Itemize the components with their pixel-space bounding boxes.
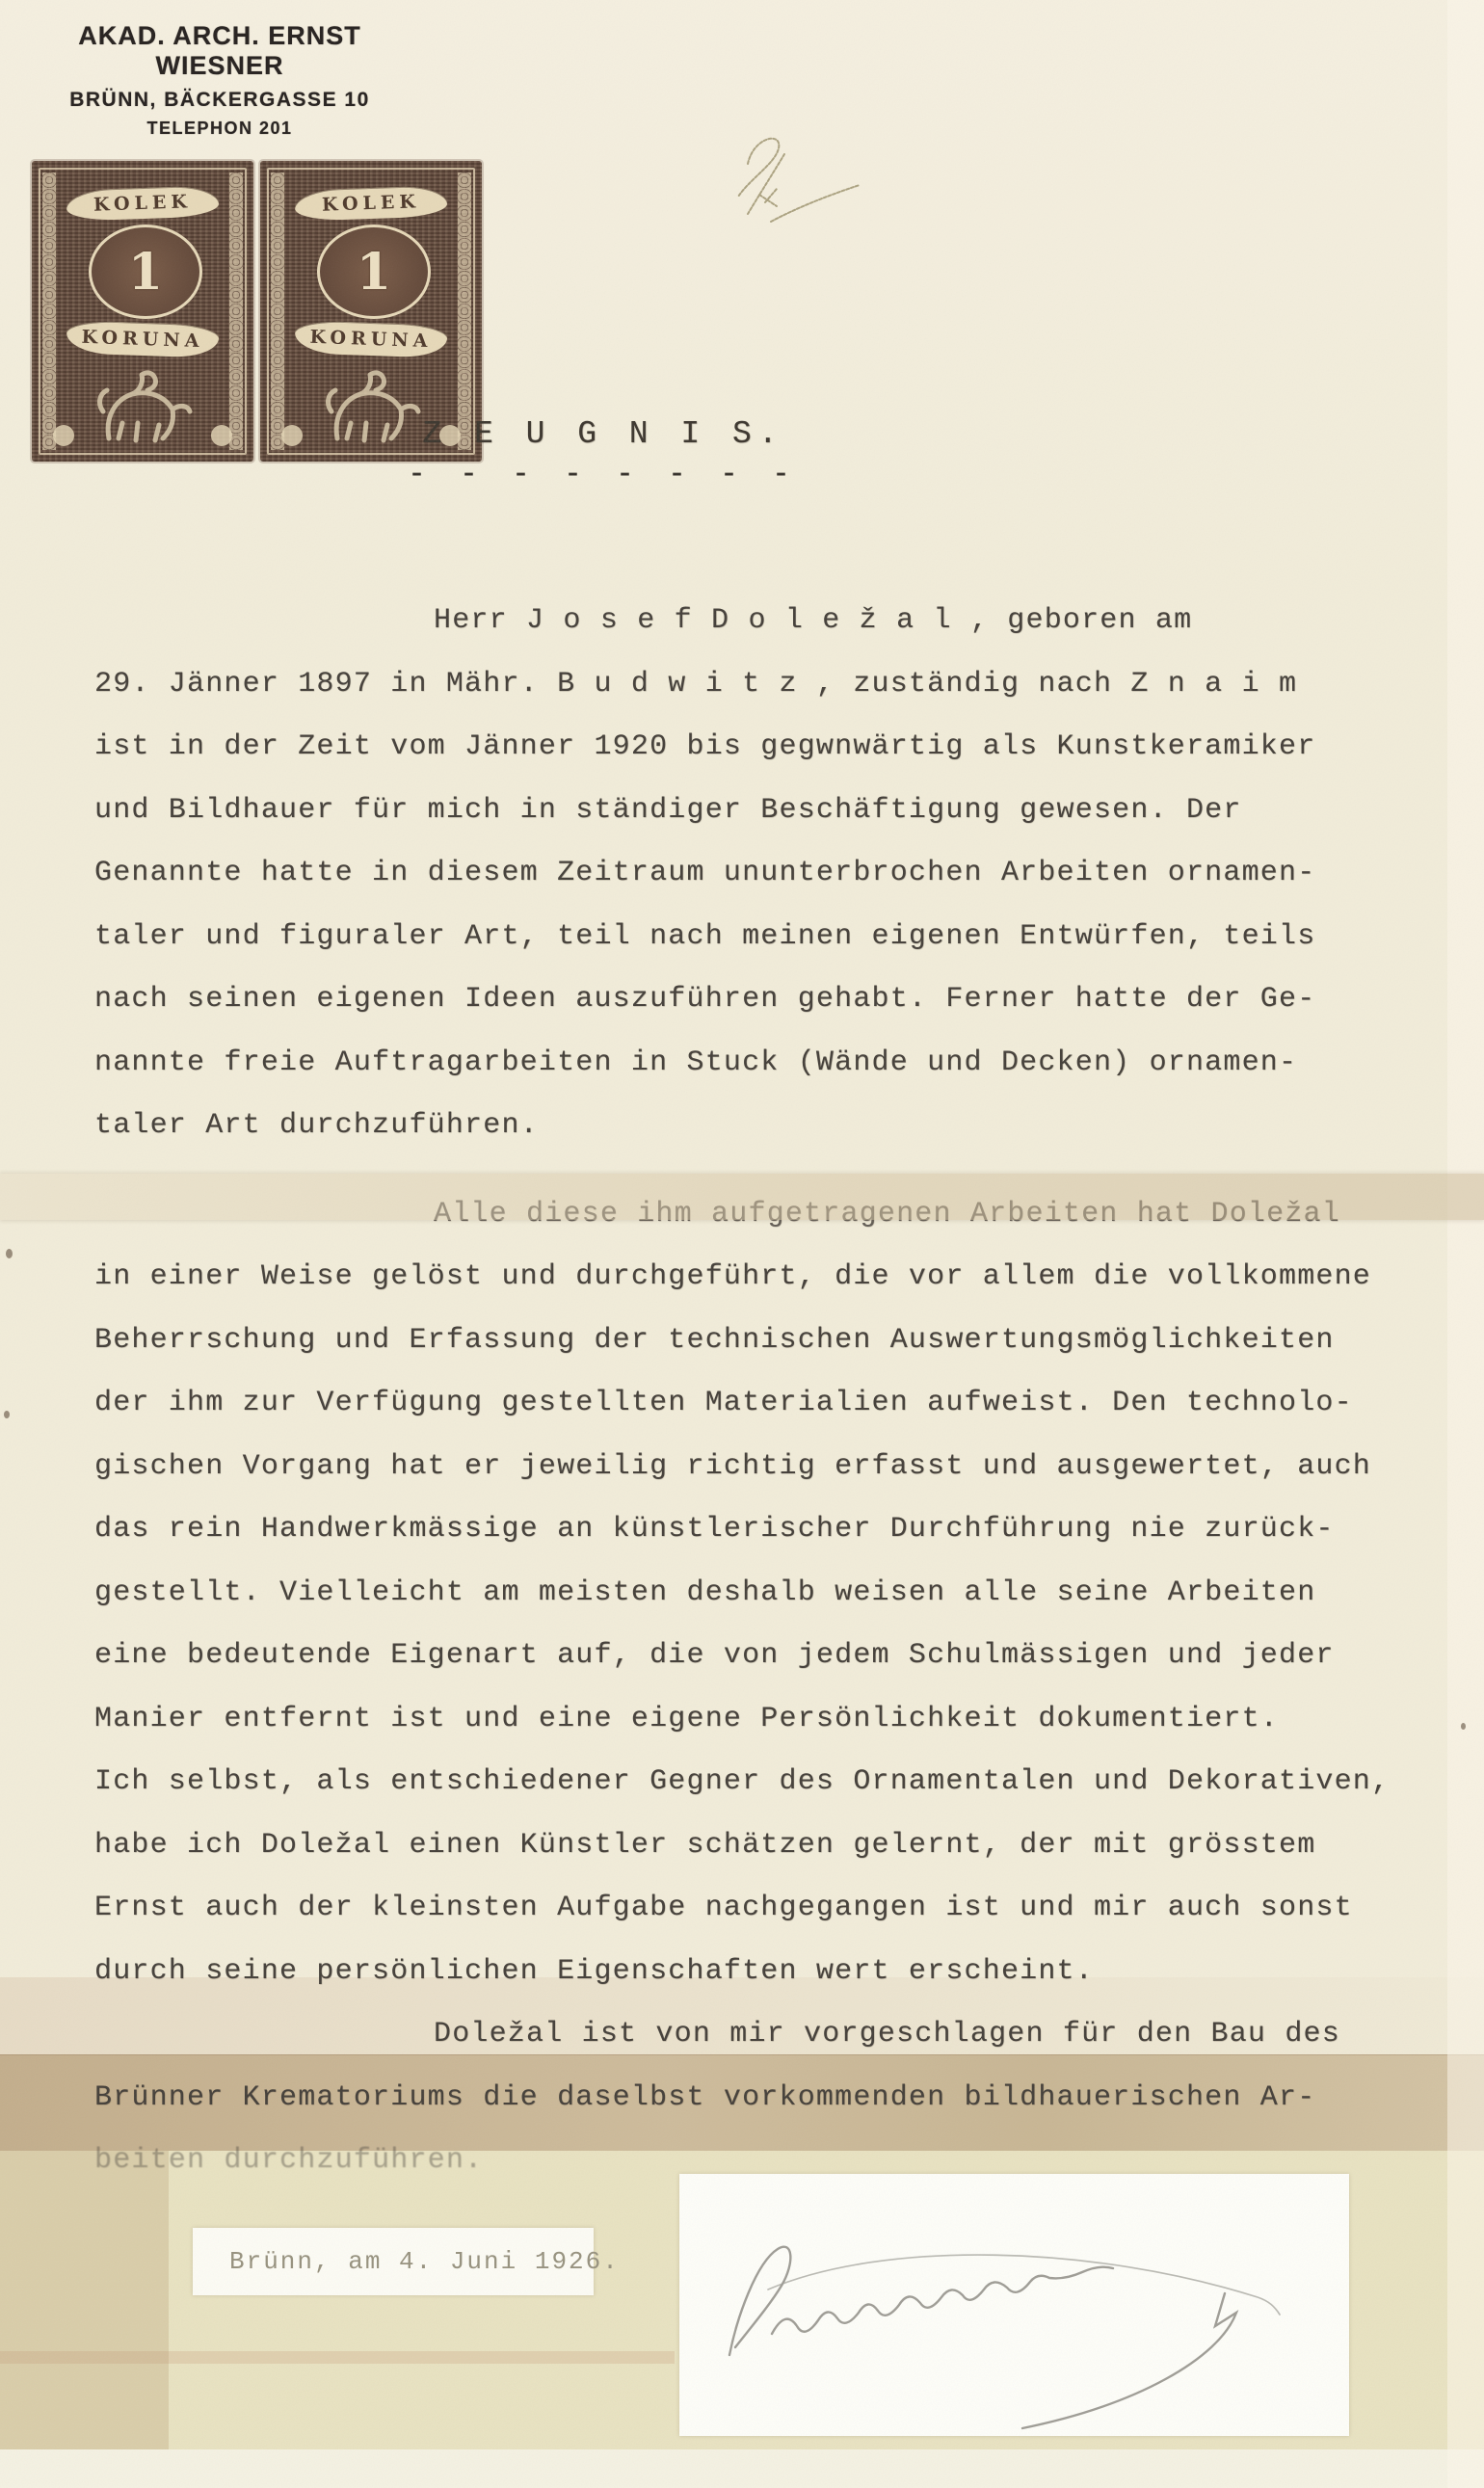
signature-slip xyxy=(679,2174,1349,2436)
stamp-ornament-left xyxy=(271,172,284,450)
handwritten-signature xyxy=(679,2174,1349,2436)
typewritten-line: nannte freie Auftragarbeiten in Stuck (W… xyxy=(94,1032,1472,1096)
typewritten-line: taler Art durchzuführen. xyxy=(94,1095,1472,1158)
stamp-ornament-left xyxy=(42,172,56,450)
stamp-ornament-right xyxy=(229,172,243,450)
date-line: Brünn, am 4. Juni 1926. xyxy=(193,2247,620,2276)
typewritten-line: gischen Vorgang hat er jeweilig richtig … xyxy=(94,1436,1472,1499)
typewritten-line: taler und figuraler Art, teil nach meine… xyxy=(94,906,1472,969)
typewritten-line: Brünner Krematoriums die daselbst vorkom… xyxy=(94,2067,1472,2131)
body-text: Herr J o s e f D o l e ž a l , geboren a… xyxy=(94,590,1472,2193)
typewritten-line: Ernst auch der kleinsten Aufgabe nachgeg… xyxy=(94,1877,1472,1941)
heading-underline: - - - - - - - - xyxy=(308,462,898,488)
typewritten-line: das rein Handwerkmässige an künstlerisch… xyxy=(94,1498,1472,1562)
typewritten-line: 29. Jänner 1897 in Mähr. B u d w i t z ,… xyxy=(94,653,1472,717)
stamp-corner-rosette xyxy=(211,425,232,446)
revenue-stamp: KOLEK 1 KORUNA xyxy=(32,161,253,462)
typewritten-line: der ihm zur Verfügung gestellten Materia… xyxy=(94,1372,1472,1436)
stamp-value-oval: 1 xyxy=(89,225,202,319)
pencil-annotation-icon xyxy=(709,118,873,248)
paper-bottom-left-stain xyxy=(0,2151,169,2488)
stamp-corner-rosette xyxy=(53,425,74,446)
date-slip: Brünn, am 4. Juni 1926. xyxy=(193,2228,594,2295)
typewritten-line: eine bedeutende Eigenart auf, die von je… xyxy=(94,1625,1472,1688)
stamp-koruna-label: KORUNA xyxy=(309,327,433,352)
typewritten-line: ist in der Zeit vom Jänner 1920 bis gegw… xyxy=(94,716,1472,780)
paper-pink-streak xyxy=(0,2351,675,2364)
page-title: Z E U G N I S. xyxy=(308,416,898,452)
typewritten-line: durch seine persönlichen Eigenschaften w… xyxy=(94,1941,1472,2004)
stamp-kolek-label: KOLEK xyxy=(322,191,421,216)
typewritten-line: Beherrschung und Erfassung der technisch… xyxy=(94,1310,1472,1373)
letterhead-telephone: TELEPHON 201 xyxy=(27,119,412,139)
typewritten-line: Genannte hatte in diesem Zeitraum ununte… xyxy=(94,842,1472,906)
scanned-document: AKAD. ARCH. ERNST WIESNER BRÜNN, BÄCKERG… xyxy=(0,0,1484,2488)
typewritten-line: Alle diese ihm aufgetragenen Arbeiten ha… xyxy=(94,1183,1472,1247)
stamp-value: 1 xyxy=(128,243,163,302)
stamp-lion-icon xyxy=(80,357,205,450)
letterhead-address: BRÜNN, BÄCKERGASSE 10 xyxy=(27,89,412,112)
typewritten-line: nach seinen eigenen Ideen auszuführen ge… xyxy=(94,968,1472,1032)
typewritten-line: in einer Weise gelöst und durchgeführt, … xyxy=(94,1246,1472,1310)
typewritten-line: habe ich Doležal einen Künstler schätzen… xyxy=(94,1814,1472,1878)
typewritten-line: Herr J o s e f D o l e ž a l , geboren a… xyxy=(94,590,1472,653)
ink-speck xyxy=(6,1249,13,1258)
typewritten-line: Manier entfernt ist und eine eigene Pers… xyxy=(94,1688,1472,1752)
stamp-koruna-label: KORUNA xyxy=(81,327,204,352)
paper-pale-strip xyxy=(0,2449,1484,2488)
typewritten-line: Doležal ist von mir vorgeschlagen für de… xyxy=(94,2003,1472,2067)
letterhead-name: AKAD. ARCH. ERNST WIESNER xyxy=(27,21,412,81)
stamp-ornament-right xyxy=(458,172,471,450)
stamp-value-oval: 1 xyxy=(317,225,431,319)
typewritten-line: gestellt. Vielleicht am meisten deshalb … xyxy=(94,1562,1472,1626)
stamp-value: 1 xyxy=(357,243,391,302)
letterhead: AKAD. ARCH. ERNST WIESNER BRÜNN, BÄCKERG… xyxy=(27,21,412,139)
typewritten-line: Ich selbst, als entschiedener Gegner des… xyxy=(94,1751,1472,1814)
document-heading: Z E U G N I S. - - - - - - - - xyxy=(308,416,898,491)
typewritten-line: und Bildhauer für mich in ständiger Besc… xyxy=(94,780,1472,843)
stamp-kolek-label: KOLEK xyxy=(93,191,193,216)
stamp-corner-rosette xyxy=(281,425,303,446)
ink-speck xyxy=(4,1411,10,1418)
